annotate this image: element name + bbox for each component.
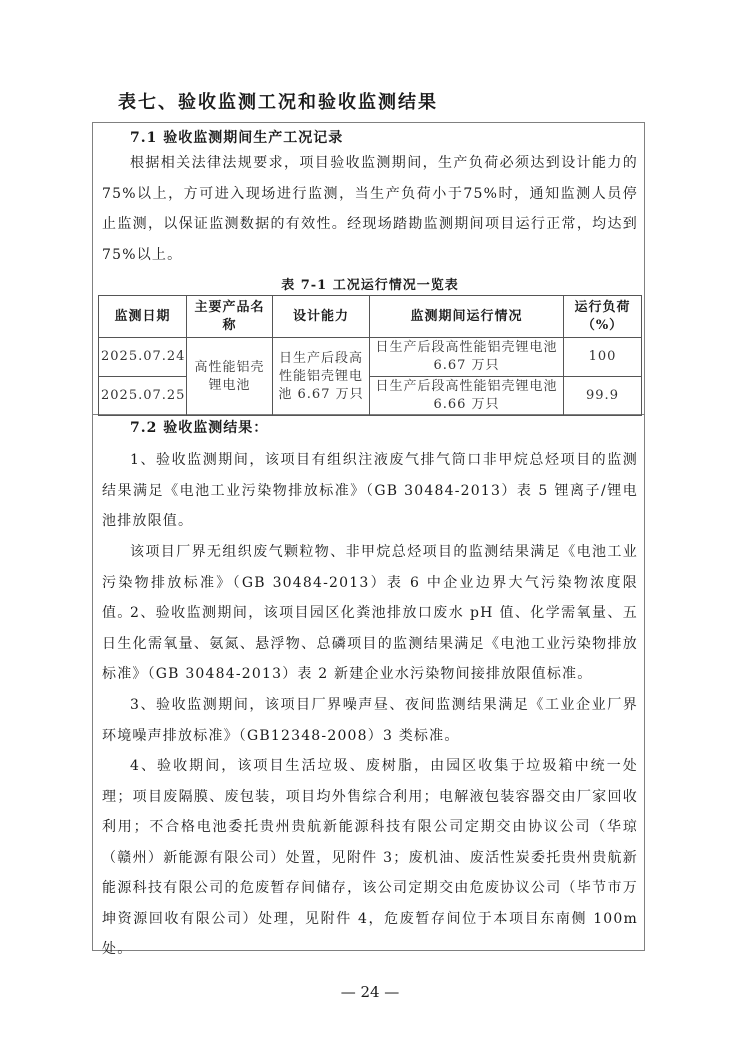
table-caption: 表 7-1 工况运行情况一览表 [0, 274, 740, 293]
section-7-2-heading: 7.2 验收监测结果： [130, 417, 268, 437]
header-operation: 监测期间运行情况 [370, 296, 564, 338]
section-7-1-paragraph: 根据相关法律法规要求，项目验收监测期间，生产负荷必须达到设计能力的75%以上，方… [102, 148, 638, 270]
header-load: 运行负荷（%） [564, 296, 642, 338]
table-header-row: 监测日期 主要产品名称 设计能力 监测期间运行情况 运行负荷（%） [99, 296, 642, 338]
cell-load: 100 [564, 338, 642, 377]
section-7-1-heading: 7.1 验收监测期间生产工况记录 [130, 127, 343, 147]
cell-load: 99.9 [564, 377, 642, 416]
cell-date: 2025.07.25 [99, 377, 187, 416]
cell-product: 高性能铝壳锂电池 [187, 338, 273, 416]
header-capacity: 设计能力 [273, 296, 370, 338]
result-paragraph-3: 3、验收监测期间，该项目厂界噪声昼、夜间监测结果满足《工业企业厂界环境噪声排放标… [102, 690, 638, 751]
header-date: 监测日期 [99, 296, 187, 338]
header-product: 主要产品名称 [187, 296, 273, 338]
result-paragraph-4: 4、验收期间，该项目生活垃圾、废树脂，由园区收集于垃圾箱中统一处理；项目废隔膜、… [102, 751, 638, 965]
page-title: 表七、验收监测工况和验收监测结果 [118, 88, 438, 114]
cell-operation: 日生产后段高性能铝壳锂电池 6.67 万只 [370, 338, 564, 377]
table-row: 2025.07.24 高性能铝壳锂电池 日生产后段高性能铝壳锂电池 6.67 万… [99, 338, 642, 377]
cell-operation: 日生产后段高性能铝壳锂电池 6.66 万只 [370, 377, 564, 416]
cell-capacity: 日生产后段高性能铝壳锂电池 6.67 万只 [273, 338, 370, 416]
cell-date: 2025.07.24 [99, 338, 187, 377]
page-number: — 24 — [0, 983, 740, 1001]
operating-conditions-table: 监测日期 主要产品名称 设计能力 监测期间运行情况 运行负荷（%） 2025.0… [98, 295, 642, 416]
result-paragraph-2: 2、验收监测期间，该项目园区化粪池排放口废水 pH 值、化学需氧量、五日生化需氧… [102, 598, 638, 690]
table-row: 2025.07.25 日生产后段高性能铝壳锂电池 6.66 万只 99.9 [99, 377, 642, 416]
result-paragraph-1: 1、验收监测期间，该项目有组织注液废气排气筒口非甲烷总烃项目的监测结果满足《电池… [102, 445, 638, 537]
